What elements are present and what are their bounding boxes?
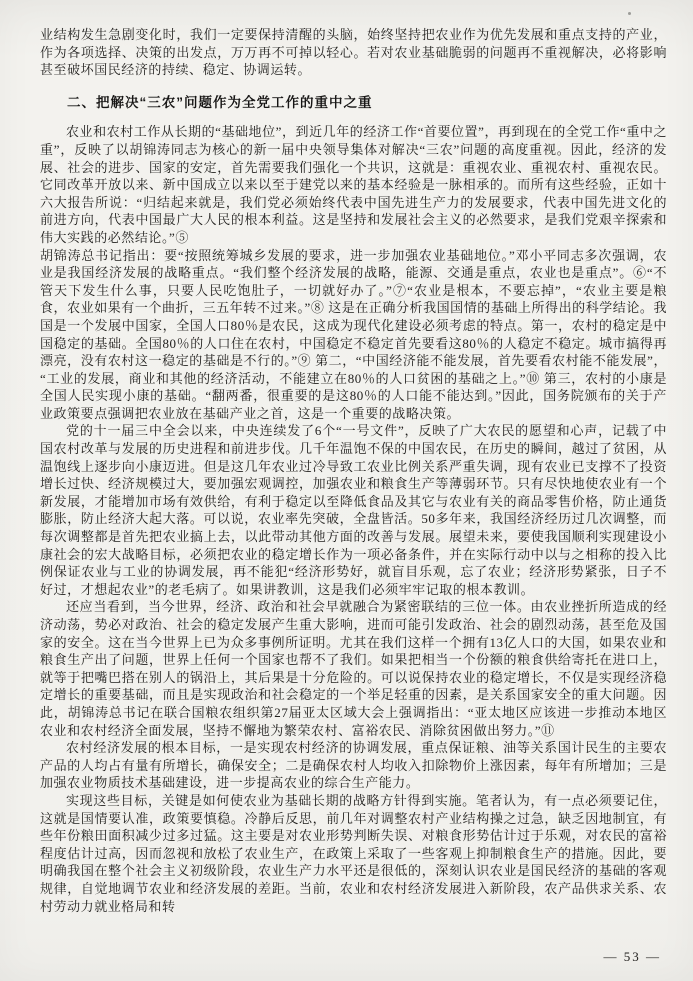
- paragraph: 党的十一届三中全会以来，中央连续发了6个“一号文件”，反映了广大农民的愿望和心声…: [40, 422, 667, 598]
- paragraph: 实现这些目标，关键是如何使农业为基础长期的战略方针得到实施。笔者认为，有一点必须…: [40, 792, 667, 915]
- scan-artifact-dot: [628, 12, 631, 15]
- section-heading: 二、把解决“三农”问题作为全党工作的重中之重: [40, 94, 667, 112]
- page-text-block: 业结构发生急剧变化时，我们一定要保持清醒的头脑，始终坚持把农业作为优先发展和重点…: [40, 26, 667, 915]
- paragraph: 还应当看到，当今世界，经济、政治和社会早就融合为紧密联结的三位一体。由农业挫折所…: [40, 598, 667, 739]
- paragraph: 胡锦涛总书记指出：要“按照统筹城乡发展的要求，进一步加强农业基础地位。”邓小平同…: [40, 247, 667, 423]
- continuation-paragraph: 业结构发生急剧变化时，我们一定要保持清醒的头脑，始终坚持把农业作为优先发展和重点…: [40, 26, 667, 79]
- page-number: — 53 —: [604, 949, 662, 965]
- paragraph: 农业和农村工作从长期的“基础地位”，到近几年的经济工作“首要位置”，再到现在的全…: [40, 123, 667, 246]
- paragraph: 农村经济发展的根本目标，一是实现农村经济的协调发展，重点保证粮、油等关系国计民生…: [40, 739, 667, 792]
- scanned-document-page: 业结构发生急剧变化时，我们一定要保持清醒的头脑，始终坚持把农业作为优先发展和重点…: [0, 0, 693, 981]
